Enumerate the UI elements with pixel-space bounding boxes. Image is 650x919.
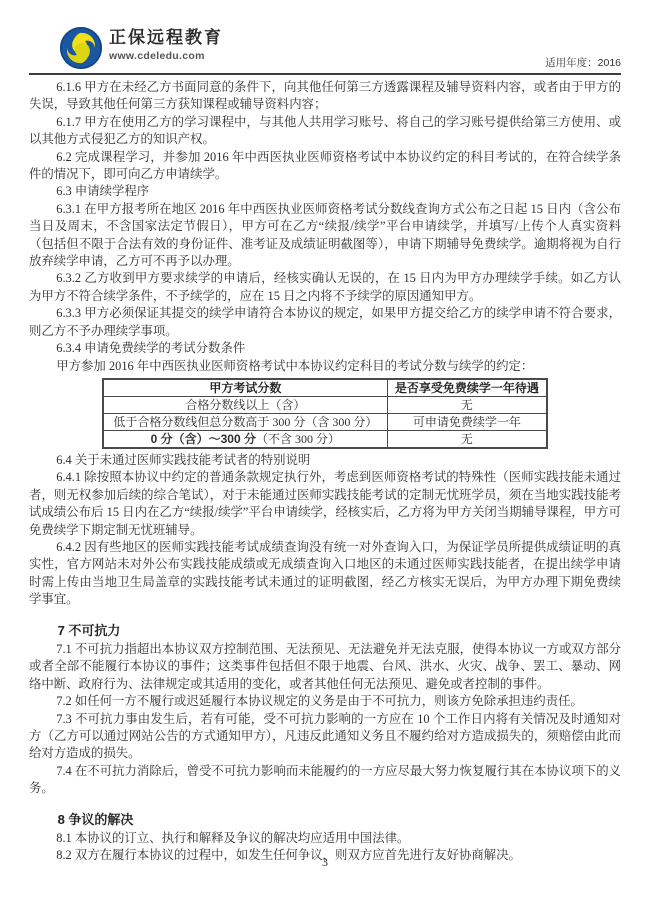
table-intro: 甲方参加 2016 年中西医执业医师资格考试中本协议约定科目的考试分数与续学的约… [29,358,621,375]
clause-6-3-4: 6.3.4 申请免费续学的考试分数条件 [29,340,621,357]
table-header-benefit: 是否享受免费续学一年待遇 [387,379,547,397]
page-number: 3 [0,855,650,870]
applicable-year-label: 适用年度：2016 [545,55,621,70]
clause-7-2: 7.2 如任何一方不履行或迟延履行本协议规定的义务是由于不可抗力，则该方免除承担… [29,693,621,710]
cell-benefit-1: 无 [387,396,547,413]
table-header-score: 甲方考试分数 [103,379,387,397]
clause-6-3-1: 6.3.1 在甲方报考所在地区 2016 年中西医执业医师资格考试分数线查询方式… [29,201,621,271]
brand-url: www.cdeledu.com [109,51,223,63]
clause-6-4: 6.4 关于未通过医师实践技能考试者的特别说明 [29,452,621,469]
table-row: 低于合格分数线但总分数高于 300 分（含 300 分） 可申请免费续学一年 [103,413,547,430]
section-heading-8: 8 争议的解决 [29,811,621,828]
score-renewal-table: 甲方考试分数 是否享受免费续学一年待遇 合格分数线以上（含） 无 低于合格分数线… [102,378,548,449]
cell-score-1: 合格分数线以上（含） [103,396,387,413]
cell-score-3-bold: 0 分（含）～300 分 [151,432,256,446]
clause-6-1-7: 6.1.7 甲方在使用乙方的学习课程中，与其他人共用学习账号、将自己的学习账号提… [29,114,621,149]
cell-score-3-rest: （不含 300 分） [256,432,340,446]
clause-6-3-3: 6.3.3 甲方必须保证其提交的续学申请符合本协议的规定，如果甲方提交给乙方的续… [29,305,621,340]
section-heading-7: 7 不可抗力 [29,622,621,639]
table-header-row: 甲方考试分数 是否享受免费续学一年待遇 [103,379,547,397]
table-row: 0 分（含）～300 分（不含 300 分） 无 [103,430,547,448]
brand-name: 正保远程教育 [109,29,223,48]
cell-benefit-2: 可申请免费续学一年 [387,413,547,430]
header: 正保远程教育 www.cdeledu.com 适用年度：2016 [29,25,621,75]
document-page: 正保远程教育 www.cdeledu.com 适用年度：2016 6.1.6 甲… [0,0,650,919]
cell-score-3: 0 分（含）～300 分（不含 300 分） [103,430,387,448]
clause-6-2: 6.2 完成课程学习，并参加 2016 年中西医执业医师资格考试中本协议约定的科… [29,149,621,184]
cell-benefit-3: 无 [387,430,547,448]
table-row: 合格分数线以上（含） 无 [103,396,547,413]
clause-6-4-2: 6.4.2 因有些地区的医师实践技能考试成绩查询没有统一对外查询入口，为保证学员… [29,539,621,609]
clause-6-3: 6.3 申请续学程序 [29,183,621,200]
clause-7-1: 7.1 不可抗力指超出本协议双方控制范围、无法预见、无法避免并无法克服，使得本协… [29,641,621,693]
cell-score-2: 低于合格分数线但总分数高于 300 分（含 300 分） [103,413,387,430]
brand-block: 正保远程教育 www.cdeledu.com [109,29,223,62]
company-logo-icon [59,26,103,70]
contract-body: 6.1.6 甲方在未经乙方书面同意的条件下，向其他任何第三方透露课程及辅导资料内… [29,79,621,865]
clause-6-4-1: 6.4.1 除按照本协议中约定的普通条款规定执行外，考虑到医师资格考试的特殊性（… [29,469,621,539]
clause-8-1: 8.1 本协议的订立、执行和解释及争议的解决均应适用中国法律。 [29,830,621,847]
clause-6-1-6: 6.1.6 甲方在未经乙方书面同意的条件下，向其他任何第三方透露课程及辅导资料内… [29,79,621,114]
clause-7-3: 7.3 不可抗力事由发生后，若有可能，受不可抗力影响的一方应在 10 个工作日内… [29,711,621,763]
clause-7-4: 7.4 在不可抗力消除后，曾受不可抗力影响而未能履约的一方应尽最大努力恢复履行其… [29,763,621,798]
clause-6-3-2: 6.3.2 乙方收到甲方要求续学的申请后，经核实确认无误的，在 15 日内为甲方… [29,270,621,305]
